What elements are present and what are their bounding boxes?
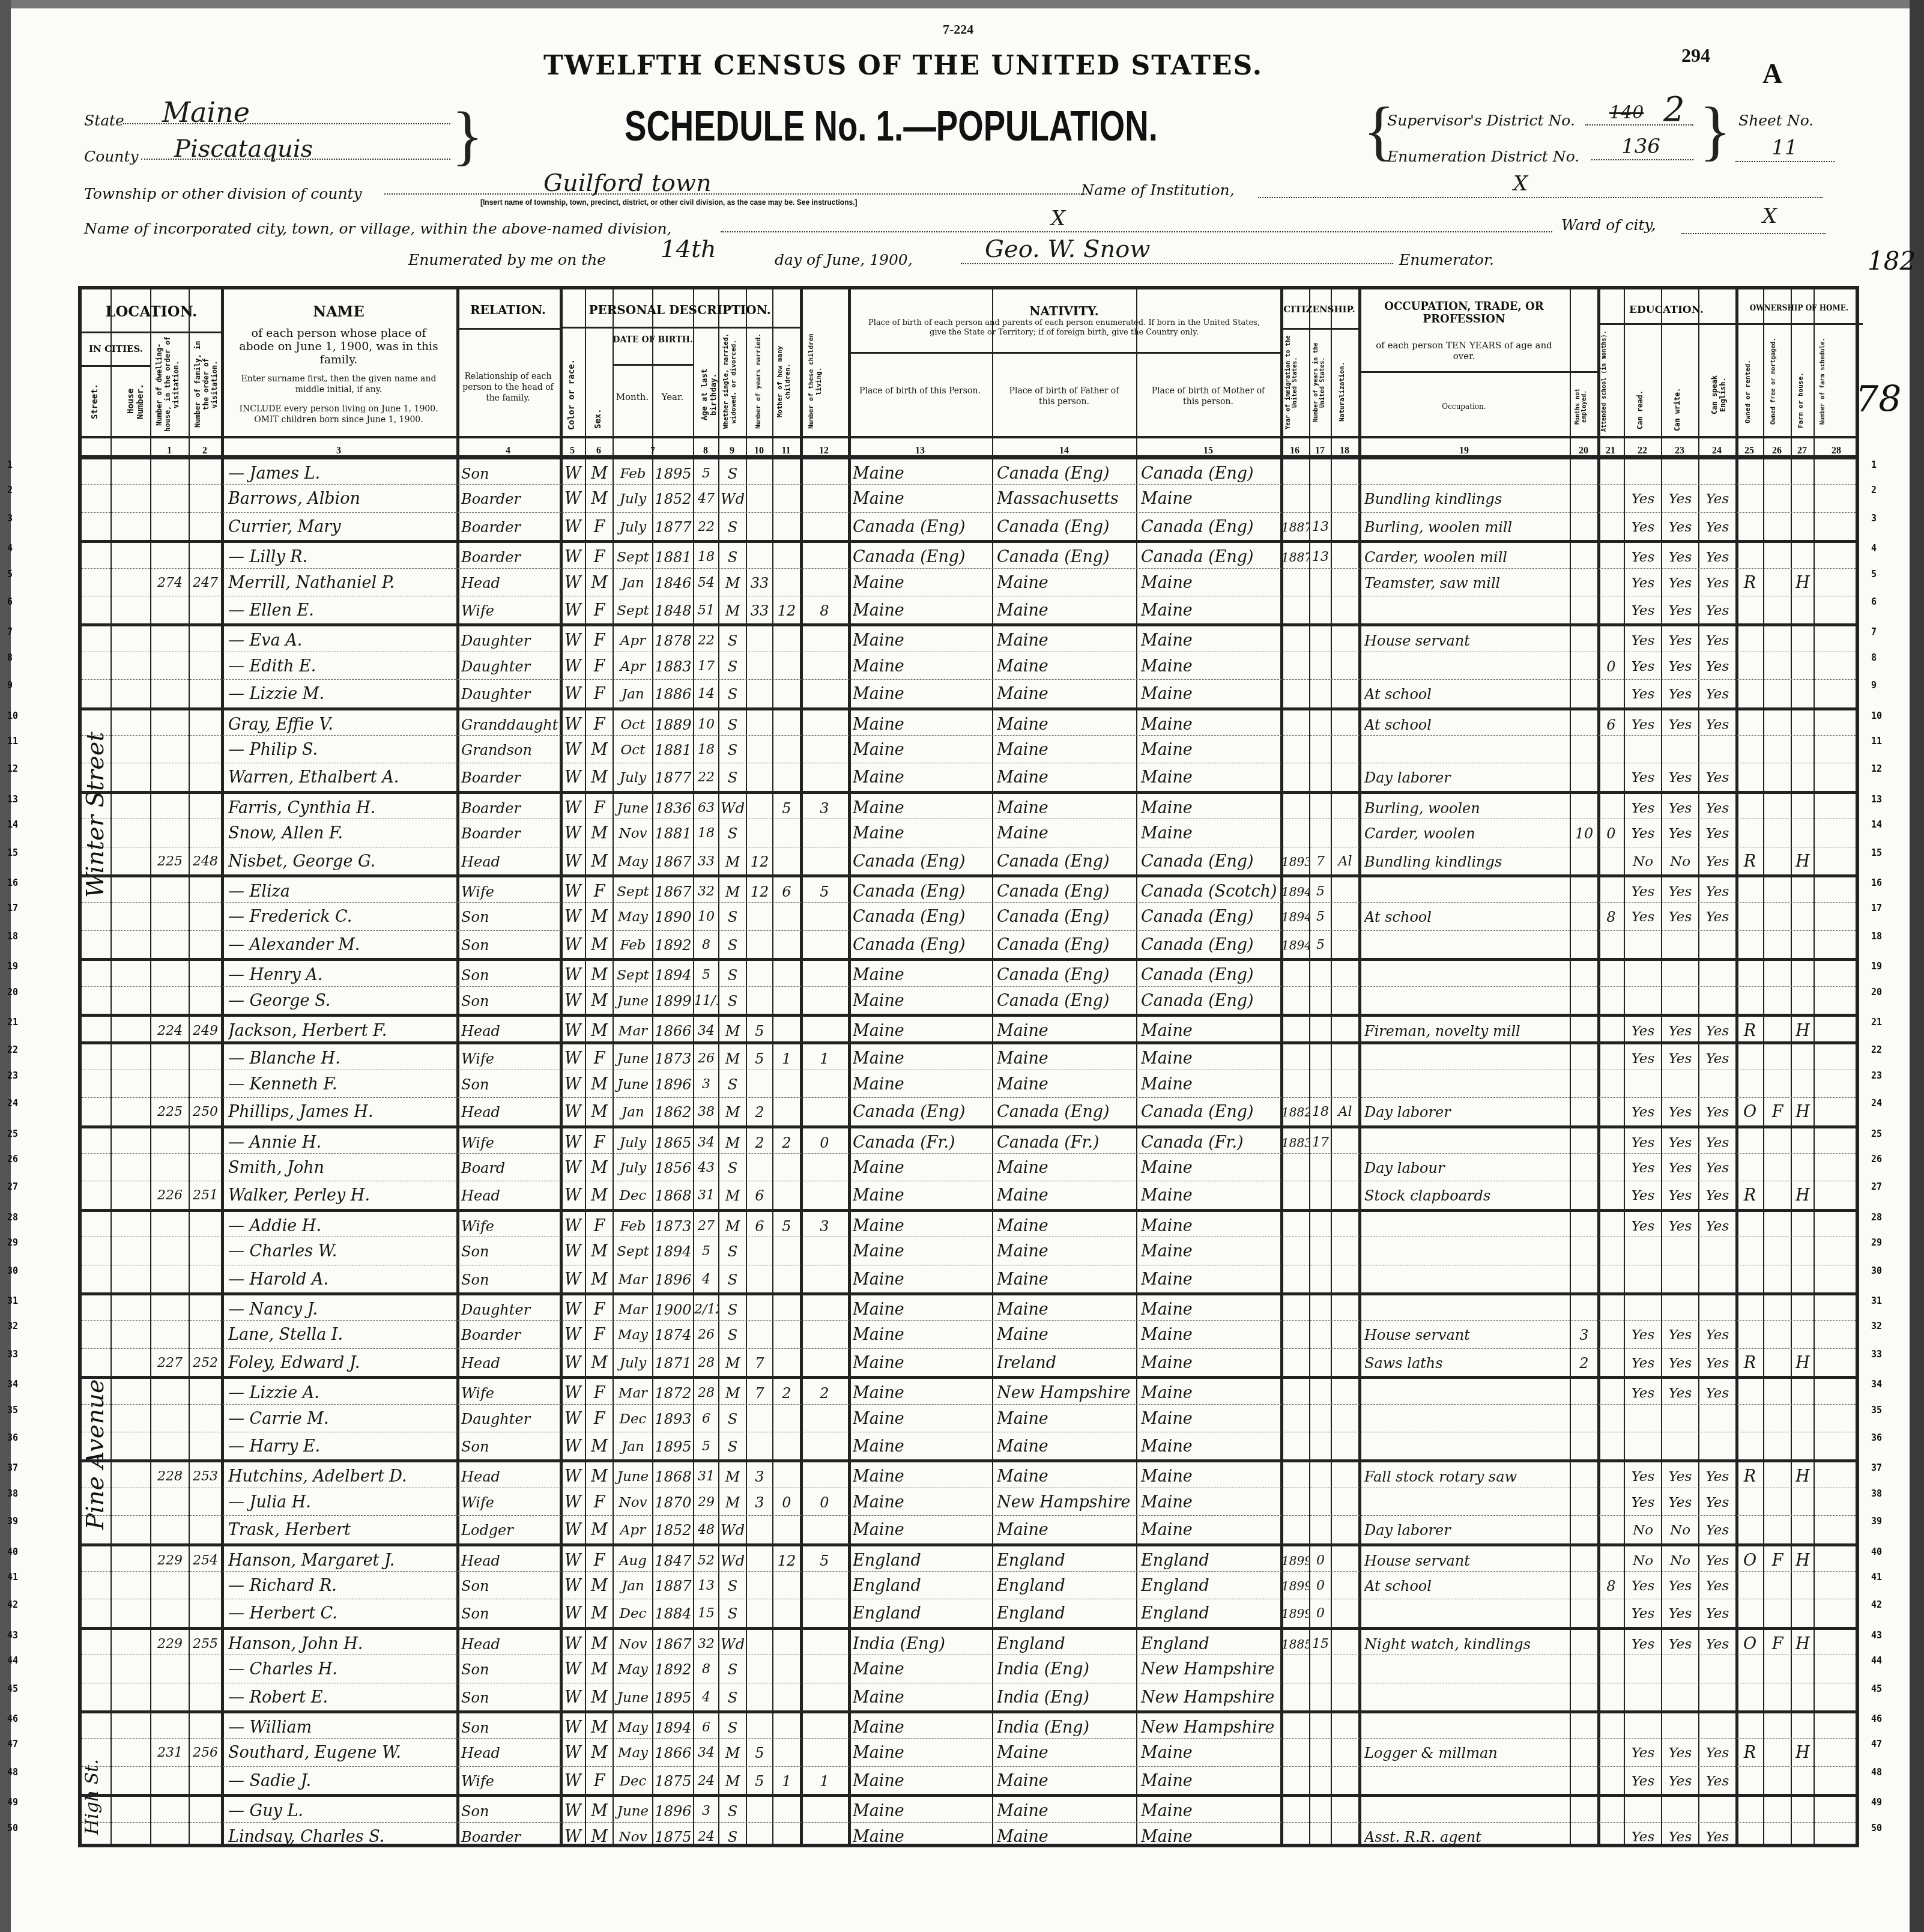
can-write: Yes [1662, 1631, 1698, 1658]
dwelling-number: 227 [151, 1350, 189, 1376]
family-number [190, 879, 221, 905]
months-unemployed [1571, 461, 1597, 487]
marital-status: S [719, 1267, 746, 1293]
years-married: 12 [747, 849, 772, 875]
vhdr-mother-of: Mother of how many children. [776, 329, 791, 434]
can-read: Yes [1625, 820, 1661, 847]
can-speak-english: Yes [1699, 653, 1735, 680]
birthplace-mother: Maine [1141, 1183, 1279, 1209]
birth-month: Sept [614, 879, 652, 905]
naturalization [1332, 681, 1358, 707]
birthplace-father: Maine [997, 628, 1135, 654]
color: W [561, 1631, 585, 1658]
farm-or-house [1792, 653, 1814, 680]
can-read: Yes [1625, 1213, 1661, 1240]
months-unemployed [1571, 1238, 1597, 1265]
attended-school [1599, 681, 1624, 707]
relation: Wife [461, 1130, 558, 1156]
family-number [190, 820, 221, 847]
immigration-year [1281, 1213, 1309, 1240]
owned-free-mortgaged [1764, 712, 1791, 738]
family-number: 255 [190, 1631, 221, 1658]
table-row: 12 Warren, Ethalbert A. Boarder W M July… [82, 763, 1856, 792]
dwelling-number [151, 1824, 189, 1850]
sex: M [586, 765, 613, 791]
years-in-us [1310, 1715, 1331, 1741]
header-name-instr2: INCLUDE every person living on June 1, 1… [233, 404, 444, 425]
years-in-us [1310, 486, 1331, 512]
owned-rented [1737, 712, 1763, 738]
immigration-year [1281, 737, 1309, 763]
relation: Son [461, 1656, 558, 1683]
color: W [561, 1434, 585, 1460]
marital-status: S [719, 461, 746, 487]
immigration-year [1281, 681, 1309, 707]
birthplace-father: Maine [997, 1213, 1135, 1240]
owned-free-mortgaged [1764, 681, 1791, 707]
color: W [561, 849, 585, 875]
person-name: — Nancy J. [228, 1297, 454, 1323]
birthplace-mother: Canada (Eng) [1141, 988, 1279, 1014]
line-number-right: 14 [1871, 819, 1882, 830]
farm-or-house [1792, 1238, 1814, 1265]
can-speak-english: Yes [1699, 879, 1735, 905]
birth-month: July [614, 1130, 652, 1156]
family-number [190, 1715, 221, 1741]
birthplace-mother: Canada (Eng) [1141, 849, 1279, 875]
mother-of: 5 [773, 1213, 800, 1240]
table-row: 17 — Frederick C. Son W M May 1890 10 S … [82, 902, 1856, 931]
birth-year: 1868 [653, 1183, 693, 1209]
color: W [561, 486, 585, 512]
line-number-right: 41 [1871, 1572, 1882, 1582]
years-married [747, 514, 772, 541]
birth-year: 1889 [653, 712, 693, 738]
birthplace-mother: Maine [1141, 628, 1279, 654]
occupation: Bundling kindlings [1364, 486, 1569, 512]
line-number-right: 4 [1871, 543, 1877, 554]
birth-month: Sept [614, 544, 652, 571]
occupation: Burling, woolen mill [1364, 514, 1569, 541]
dwelling-number [151, 461, 189, 487]
birthplace-father: India (Eng) [997, 1656, 1135, 1683]
family-number [190, 1489, 221, 1516]
age: 34 [694, 1740, 718, 1766]
can-speak-english: Yes [1699, 1046, 1735, 1072]
dwelling-number [151, 1656, 189, 1683]
naturalization [1332, 1350, 1358, 1376]
can-speak-english [1699, 932, 1735, 958]
color: W [561, 1824, 585, 1850]
immigration-year: 1899 [1281, 1548, 1309, 1574]
owned-free-mortgaged [1764, 653, 1791, 680]
can-speak-english: Yes [1699, 1768, 1735, 1794]
dwelling-number [151, 628, 189, 654]
page-letter: A [1762, 58, 1782, 89]
birth-month: Mar [614, 1018, 652, 1044]
farm-or-house [1792, 1267, 1814, 1293]
column-number: 21 [1597, 446, 1624, 456]
years-married [747, 904, 772, 930]
table-row: 6 — Ellen E. Wife W F Sept 1848 51 M 33 … [82, 596, 1856, 625]
birth-year: 1874 [653, 1322, 693, 1348]
occupation [1364, 879, 1569, 905]
months-unemployed [1571, 712, 1597, 738]
birthplace-person: England [853, 1548, 991, 1574]
header-rule [1280, 328, 1358, 330]
years-married: 6 [747, 1183, 772, 1209]
birth-year: 1852 [653, 486, 693, 512]
color: W [561, 570, 585, 596]
marital-status: S [719, 628, 746, 654]
mother-of [773, 765, 800, 791]
owned-rented [1737, 1656, 1763, 1683]
years-married [747, 712, 772, 738]
children-living [801, 1715, 848, 1741]
sex: M [586, 1631, 613, 1658]
birth-month: Sept [614, 598, 652, 624]
can-read [1625, 1434, 1661, 1460]
naturalization [1332, 765, 1358, 791]
years-in-us [1310, 461, 1331, 487]
mother-of [773, 1685, 800, 1711]
birthplace-father: Maine [997, 1464, 1135, 1490]
line-number-right: 8 [1871, 652, 1877, 663]
birthplace-person: Canada (Eng) [853, 1099, 991, 1125]
can-read: Yes [1625, 1322, 1661, 1348]
owned-rented: O [1737, 1631, 1763, 1658]
marital-status: S [719, 712, 746, 738]
marital-status: Wd [719, 1631, 746, 1658]
family-number [190, 1517, 221, 1543]
months-unemployed [1571, 795, 1597, 822]
can-read: Yes [1625, 1768, 1661, 1794]
relation: Son [461, 962, 558, 989]
years-married [747, 820, 772, 847]
naturalization [1332, 1685, 1358, 1711]
institution-line [1258, 197, 1823, 198]
farm-or-house [1792, 1489, 1814, 1516]
naturalization [1332, 486, 1358, 512]
header-occupation-col: Occupation. [1358, 401, 1570, 412]
attended-school: 6 [1599, 712, 1624, 738]
occupation [1364, 1768, 1569, 1794]
sex: M [586, 849, 613, 875]
birth-month: Oct [614, 712, 652, 738]
naturalization [1332, 570, 1358, 596]
children-living [801, 1155, 848, 1181]
family-number [190, 795, 221, 822]
mother-of [773, 737, 800, 763]
months-unemployed [1571, 1489, 1597, 1516]
immigration-year [1281, 1798, 1309, 1824]
relation: Head [461, 1631, 558, 1658]
table-row: 27 226 251 Walker, Perley H. Head W M De… [82, 1181, 1856, 1210]
can-write: Yes [1662, 1155, 1698, 1181]
institution-value: X [1513, 172, 1528, 196]
can-write: Yes [1662, 1824, 1698, 1850]
column-number: 7 [613, 446, 693, 456]
months-unemployed [1571, 570, 1597, 596]
owned-free-mortgaged [1764, 1740, 1791, 1766]
age: 63 [694, 795, 718, 822]
sheet-value: 11 [1771, 136, 1797, 160]
color: W [561, 879, 585, 905]
years-in-us: 13 [1310, 514, 1331, 541]
birth-year: 1875 [653, 1824, 693, 1850]
sex: F [586, 1768, 613, 1794]
birthplace-person: Maine [853, 1297, 991, 1323]
person-name: — Eliza [228, 879, 454, 905]
occupation: Fireman, novelty mill [1364, 1018, 1569, 1044]
can-write: Yes [1662, 795, 1698, 822]
sex: M [586, 737, 613, 763]
birthplace-person: Maine [853, 1018, 991, 1044]
marital-status: M [719, 1099, 746, 1125]
naturalization [1332, 1267, 1358, 1293]
owned-free-mortgaged [1764, 1685, 1791, 1711]
age: 2/12 [694, 1297, 718, 1323]
dwelling-number [151, 1406, 189, 1432]
age: 10 [694, 712, 718, 738]
marital-status: S [719, 1071, 746, 1098]
color: W [561, 1046, 585, 1072]
can-speak-english [1699, 1297, 1735, 1323]
dwelling-number [151, 765, 189, 791]
years-married [747, 1434, 772, 1460]
age: 28 [694, 1350, 718, 1376]
line-number-left: 47 [7, 1739, 18, 1749]
attended-school [1599, 1099, 1624, 1125]
immigration-year [1281, 1685, 1309, 1711]
relation: Daughter [461, 681, 558, 707]
can-speak-english: Yes [1699, 1099, 1735, 1125]
marital-status: S [719, 1406, 746, 1432]
years-in-us: 0 [1310, 1573, 1331, 1599]
line-number-left: 3 [7, 513, 13, 524]
owned-rented: O [1737, 1099, 1763, 1125]
person-name: Barrows, Albion [228, 486, 454, 512]
relation: Board [461, 1155, 558, 1181]
marital-status: M [719, 598, 746, 624]
birthplace-mother: Maine [1141, 1768, 1279, 1794]
birth-year: 1852 [653, 1517, 693, 1543]
header-occupation-desc: of each person TEN YEARS of age and over… [1370, 340, 1558, 362]
birthplace-person: Maine [853, 1517, 991, 1543]
can-read: Yes [1625, 486, 1661, 512]
owned-free-mortgaged [1764, 737, 1791, 763]
children-living [801, 820, 848, 847]
color: W [561, 1071, 585, 1098]
attended-school [1599, 1046, 1624, 1072]
occupation: Day labour [1364, 1155, 1569, 1181]
birthplace-mother: Maine [1141, 653, 1279, 680]
line-number-right: 43 [1871, 1630, 1882, 1641]
can-speak-english: Yes [1699, 1573, 1735, 1599]
children-living [801, 1018, 848, 1044]
farm-or-house [1792, 486, 1814, 512]
children-living: 3 [801, 1213, 848, 1240]
can-speak-english [1699, 1406, 1735, 1432]
birthplace-mother: Maine [1141, 598, 1279, 624]
owned-free-mortgaged [1764, 1322, 1791, 1348]
birth-year: 1870 [653, 1489, 693, 1516]
family-number: 249 [190, 1018, 221, 1044]
can-read [1625, 1798, 1661, 1824]
birthplace-mother: Maine [1141, 1071, 1279, 1098]
attended-school [1599, 514, 1624, 541]
birth-year: 1846 [653, 570, 693, 596]
years-in-us [1310, 628, 1331, 654]
table-row: 50 Lindsay, Charles S. Boarder W M Nov 1… [82, 1822, 1856, 1851]
family-number [190, 1238, 221, 1265]
years-married [747, 1322, 772, 1348]
can-speak-english [1699, 1715, 1735, 1741]
header-name: NAME [221, 303, 456, 320]
line-number-left: 46 [7, 1713, 18, 1724]
can-read [1625, 1071, 1661, 1098]
birthplace-mother: Canada (Eng) [1141, 932, 1279, 958]
years-in-us [1310, 1464, 1331, 1490]
column-number: 18 [1331, 446, 1358, 456]
attended-school [1599, 1155, 1624, 1181]
birthplace-mother: Maine [1141, 1464, 1279, 1490]
years-married [747, 1155, 772, 1181]
birthplace-mother: Maine [1141, 1740, 1279, 1766]
birthplace-mother: Maine [1141, 681, 1279, 707]
birthplace-mother: Maine [1141, 820, 1279, 847]
can-write: Yes [1662, 1322, 1698, 1348]
months-unemployed: 10 [1571, 820, 1597, 847]
marital-status: S [719, 1238, 746, 1265]
dwelling-number [151, 653, 189, 680]
family-number [190, 1824, 221, 1850]
birth-year: 1873 [653, 1213, 693, 1240]
immigration-year: 1899 [1281, 1573, 1309, 1599]
family-number [190, 544, 221, 571]
table-row: 38 — Julia H. Wife W F Nov 1870 29 M 3 0… [82, 1488, 1856, 1516]
sex: F [586, 1130, 613, 1156]
relation: Son [461, 1071, 558, 1098]
header-rule [1735, 323, 1863, 325]
can-speak-english: Yes [1699, 598, 1735, 624]
years-in-us [1310, 1267, 1331, 1293]
months-unemployed [1571, 932, 1597, 958]
can-write: Yes [1662, 486, 1698, 512]
owned-free-mortgaged [1764, 514, 1791, 541]
farm-or-house [1792, 1798, 1814, 1824]
table-row: 20 — George S. Son W M June 1899 11/12 S… [82, 986, 1856, 1015]
mother-of [773, 1824, 800, 1850]
table-row: 3 Currier, Mary Boarder W F July 1877 22… [82, 512, 1856, 541]
owned-rented [1737, 988, 1763, 1014]
dwelling-number: 231 [151, 1740, 189, 1766]
farm-or-house [1792, 962, 1814, 989]
mother-of [773, 486, 800, 512]
naturalization [1332, 1183, 1358, 1209]
months-unemployed [1571, 1656, 1597, 1683]
years-in-us [1310, 795, 1331, 822]
birthplace-mother: Canada (Eng) [1141, 461, 1279, 487]
birthplace-person: Maine [853, 1768, 991, 1794]
table-row: 39 Trask, Herbert Lodger W M Apr 1852 48… [82, 1515, 1856, 1544]
birth-year: 1866 [653, 1740, 693, 1766]
can-speak-english: Yes [1699, 628, 1735, 654]
line-number-right: 6 [1871, 596, 1877, 607]
line-number-right: 29 [1871, 1237, 1882, 1248]
person-name: — Alexander M. [228, 932, 454, 958]
vhdr-sex: Sex. [593, 404, 603, 434]
can-speak-english: Yes [1699, 1130, 1735, 1156]
relation: Boarder [461, 486, 558, 512]
line-number-left: 43 [7, 1630, 18, 1641]
occupation: At school [1364, 904, 1569, 930]
can-speak-english: Yes [1699, 1380, 1735, 1407]
occupation [1364, 1213, 1569, 1240]
can-write: Yes [1662, 879, 1698, 905]
age: 14 [694, 681, 718, 707]
can-write: Yes [1662, 1489, 1698, 1516]
children-living [801, 1099, 848, 1125]
dwelling-number: 224 [151, 1018, 189, 1044]
months-unemployed [1571, 1018, 1597, 1044]
birthplace-mother: Maine [1141, 570, 1279, 596]
relation: Boarder [461, 544, 558, 571]
can-read: Yes [1625, 1464, 1661, 1490]
sex: F [586, 879, 613, 905]
table-row: 2 Barrows, Albion Boarder W M July 1852 … [82, 484, 1856, 513]
birthplace-mother: New Hampshire [1141, 1715, 1279, 1741]
dwelling-number [151, 962, 189, 989]
marital-status: S [719, 904, 746, 930]
can-write: Yes [1662, 1350, 1698, 1376]
birth-year: 1878 [653, 628, 693, 654]
color: W [561, 1517, 585, 1543]
mother-of [773, 1715, 800, 1741]
birth-year: 1871 [653, 1350, 693, 1376]
birthplace-father: Massachusetts [997, 486, 1135, 512]
table-row: 42 — Herbert C. Son W M Dec 1884 15 S En… [82, 1599, 1856, 1628]
birth-year: 1881 [653, 737, 693, 763]
can-read: Yes [1625, 1573, 1661, 1599]
children-living: 0 [801, 1489, 848, 1516]
farm-or-house [1792, 879, 1814, 905]
marital-status: M [719, 1464, 746, 1490]
years-married [747, 1071, 772, 1098]
county-label: County [84, 148, 139, 165]
dwelling-number [151, 1155, 189, 1181]
can-speak-english: Yes [1699, 795, 1735, 822]
children-living [801, 544, 848, 571]
age: 32 [694, 1631, 718, 1658]
naturalization [1332, 1656, 1358, 1683]
occupation [1364, 962, 1569, 989]
dwelling-number [151, 795, 189, 822]
header-ownership: OWNERSHIP OF HOME. [1735, 304, 1863, 312]
children-living [801, 628, 848, 654]
sex: F [586, 681, 613, 707]
naturalization [1332, 1213, 1358, 1240]
line-number-left: 34 [7, 1379, 18, 1390]
line-number-right: 24 [1871, 1098, 1882, 1109]
scan-edge-top [0, 0, 1924, 8]
family-number [190, 1573, 221, 1599]
years-married [747, 1238, 772, 1265]
attended-school [1599, 628, 1624, 654]
children-living [801, 461, 848, 487]
age: 8 [694, 932, 718, 958]
relation: Wife [461, 1768, 558, 1794]
